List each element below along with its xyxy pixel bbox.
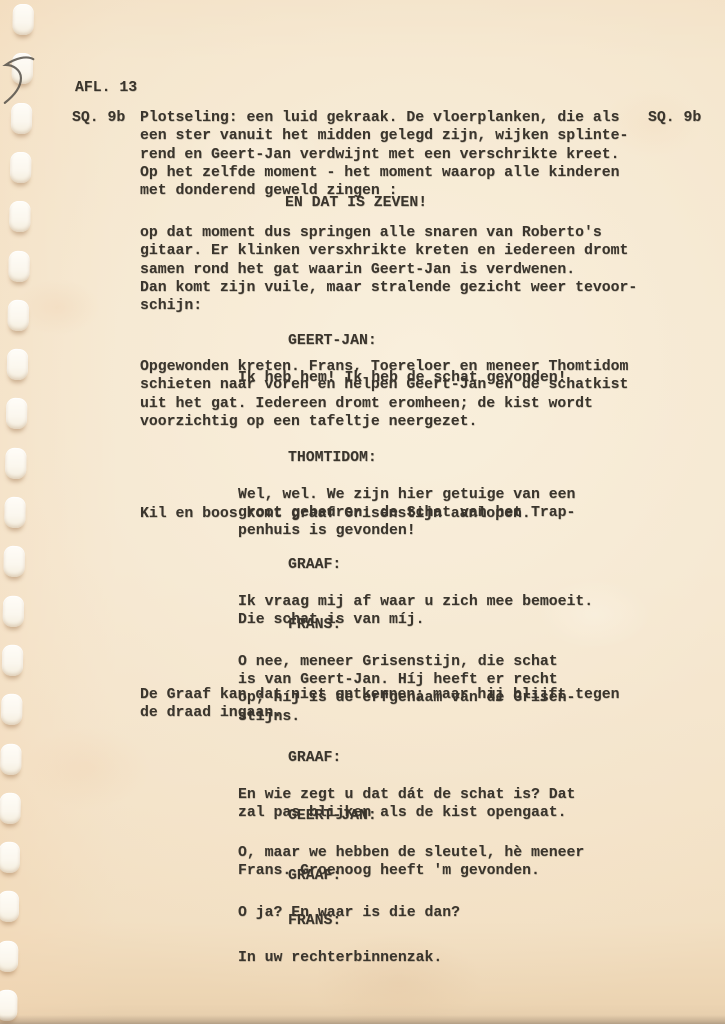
binder-hole [7, 349, 29, 380]
speaker-name: THOMTIDOM: [288, 449, 575, 467]
binder-hole [6, 398, 28, 429]
scene-label-right: SQ. 9b [648, 109, 701, 127]
speaker-name: FRANS: [288, 912, 442, 930]
binder-holes [0, 0, 35, 1024]
speaker-name: GEERT-JAN: [288, 807, 584, 825]
binder-hole [3, 546, 25, 577]
action-paragraph: Kil en boos komt graaf Grisenstijn aanlo… [140, 505, 531, 523]
scene-label-left: SQ. 9b [72, 109, 125, 127]
script-page: AFL. 13 SQ. 9b SQ. 9b Plotseling: een lu… [0, 0, 725, 1024]
dialogue-line: In uw rechterbinnenzak. [238, 949, 442, 967]
binder-hole [2, 645, 24, 676]
binder-hole [8, 300, 30, 331]
episode-label: AFL. 13 [75, 79, 137, 97]
binder-hole [9, 201, 31, 232]
action-paragraph: Plotseling: een luid gekraak. De vloerpl… [140, 109, 628, 200]
action-paragraph: De Graaf kan dat niet ontkennen; maar hi… [140, 686, 620, 723]
handwritten-mark-icon [1, 50, 39, 112]
binder-hole [8, 250, 30, 281]
speaker-name: GRAAF: [288, 556, 593, 574]
binder-hole [12, 4, 34, 35]
binder-hole [3, 595, 25, 626]
binder-hole [0, 940, 18, 971]
action-paragraph: op dat moment dus springen alle snaren v… [140, 224, 637, 315]
binder-hole [10, 152, 32, 183]
binder-hole [0, 990, 18, 1021]
speaker-name: GEERT-JAN: [288, 332, 567, 350]
song-line: EN DAT IS ZEVEN! [285, 194, 427, 212]
speaker-name: GRAAF: [288, 867, 460, 885]
speaker-name: FRANS: [288, 616, 575, 634]
binder-hole [0, 891, 19, 922]
binder-hole [4, 497, 26, 528]
binder-hole [1, 694, 23, 725]
speaker-name: GRAAF: [288, 749, 575, 767]
binder-hole [0, 793, 21, 824]
dialogue-block: FRANS: In uw rechterbinnenzak. [238, 894, 442, 985]
binder-hole [5, 447, 27, 478]
binder-hole [0, 842, 20, 873]
action-paragraph: Opgewonden kreten. Frans, Toereloer en m… [140, 358, 628, 431]
binder-hole [0, 743, 22, 774]
